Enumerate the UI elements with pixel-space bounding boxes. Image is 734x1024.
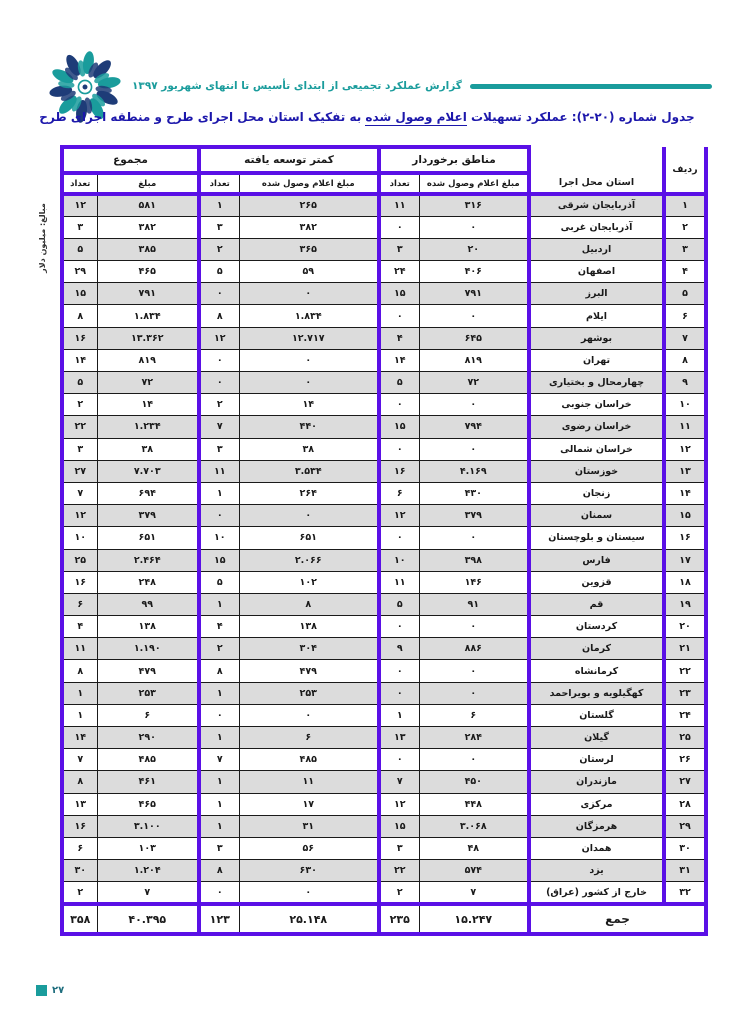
cell-less-developed-amount: ۴۸۵	[239, 749, 379, 771]
cell-province: سمنان	[529, 505, 664, 527]
table-row: ۱۰ خراسان جنوبی ۰ ۰ ۱۴ ۲ ۱۴ ۲	[62, 394, 706, 416]
cell-privileged-amount: ۵۷۴	[419, 860, 529, 882]
cell-row-number: ۳۱	[664, 860, 706, 882]
cell-row-number: ۱۳	[664, 460, 706, 482]
cell-province: یزد	[529, 860, 664, 882]
table-row: ۲۵ گیلان ۲۸۴ ۱۳ ۶ ۱ ۲۹۰ ۱۴	[62, 727, 706, 749]
cell-privileged-amount: ۰	[419, 682, 529, 704]
cell-row-number: ۸	[664, 349, 706, 371]
cell-row-number: ۱۵	[664, 505, 706, 527]
cell-province: تهران	[529, 349, 664, 371]
col-header-row-number: ردیف	[664, 147, 706, 194]
cell-privileged-count: ۱۵	[379, 815, 419, 837]
cell-privileged-count: ۲	[379, 882, 419, 904]
cell-privileged-amount: ۰	[419, 527, 529, 549]
cell-less-developed-count: ۱	[199, 815, 239, 837]
cell-row-number: ۲	[664, 216, 706, 238]
cell-total-amount: ۱۳۸	[97, 616, 199, 638]
cell-total-amount: ۱.۱۹۰	[97, 638, 199, 660]
table-row: ۲۶ لرستان ۰ ۰ ۴۸۵ ۷ ۴۸۵ ۷	[62, 749, 706, 771]
cell-privileged-amount: ۱۴۶	[419, 571, 529, 593]
cell-total-amount: ۴۶۵	[97, 793, 199, 815]
table-row: ۱۴ زنجان ۴۳۰ ۶ ۲۶۴ ۱ ۶۹۴ ۷	[62, 482, 706, 504]
cell-total-count: ۱	[62, 682, 97, 704]
cell-less-developed-amount: ۶	[239, 727, 379, 749]
cell-total-count: ۱۲	[62, 194, 97, 216]
cell-row-number: ۹	[664, 372, 706, 394]
cell-row-number: ۳	[664, 238, 706, 260]
cell-total-amount: ۱.۲۳۴	[97, 416, 199, 438]
cell-province: لرستان	[529, 749, 664, 771]
page-number: ۲۷	[52, 985, 64, 996]
cell-total-count: ۱	[62, 704, 97, 726]
cell-less-developed-count: ۸	[199, 860, 239, 882]
table-row: ۹ چهارمحال و بختیاری ۷۲ ۵ ۰ ۰ ۷۲ ۵	[62, 372, 706, 394]
cell-row-number: ۱	[664, 194, 706, 216]
cell-less-developed-count: ۸	[199, 660, 239, 682]
cell-less-developed-amount: ۰	[239, 349, 379, 371]
cell-privileged-amount: ۸۱۹	[419, 349, 529, 371]
cell-less-developed-amount: ۱۴	[239, 394, 379, 416]
table-row: ۷ بوشهر ۶۴۵ ۴ ۱۲.۷۱۷ ۱۲ ۱۳.۳۶۲ ۱۶	[62, 327, 706, 349]
cell-province: خوزستان	[529, 460, 664, 482]
cell-row-number: ۲۴	[664, 704, 706, 726]
cell-privileged-count: ۰	[379, 660, 419, 682]
cell-total-amount: ۲۵۳	[97, 682, 199, 704]
cell-province: اصفهان	[529, 261, 664, 283]
cell-total-amount: ۹۹	[97, 593, 199, 615]
cell-less-developed-amount: ۱۱	[239, 771, 379, 793]
cell-less-developed-amount: ۲۵۳	[239, 682, 379, 704]
cell-less-developed-count: ۱۵	[199, 549, 239, 571]
cell-province: خراسان جنوبی	[529, 394, 664, 416]
cell-less-developed-count: ۰	[199, 704, 239, 726]
cell-less-developed-count: ۱۲	[199, 327, 239, 349]
cell-less-developed-amount: ۶۳۰	[239, 860, 379, 882]
table-row: ۱ آذربایجان شرقی ۳۱۶ ۱۱ ۲۶۵ ۱ ۵۸۱ ۱۲	[62, 194, 706, 216]
cell-total-amount: ۸۱۹	[97, 349, 199, 371]
cell-row-number: ۱۰	[664, 394, 706, 416]
cell-total-amount: ۳۸۲	[97, 216, 199, 238]
col-header-total-count: تعداد	[62, 173, 97, 194]
cell-less-developed-count: ۳	[199, 837, 239, 859]
sum-label: جمع	[529, 904, 706, 934]
cell-total-amount: ۶	[97, 704, 199, 726]
table-row: ۲۴ گلستان ۶ ۱ ۰ ۰ ۶ ۱	[62, 704, 706, 726]
cell-privileged-count: ۲۲	[379, 860, 419, 882]
cell-total-count: ۱۴	[62, 349, 97, 371]
cell-privileged-count: ۰	[379, 749, 419, 771]
cell-total-amount: ۵۸۱	[97, 194, 199, 216]
table-row: ۱۹ قم ۹۱ ۵ ۸ ۱ ۹۹ ۶	[62, 593, 706, 615]
cell-less-developed-count: ۱	[199, 482, 239, 504]
cell-province: کرمانشاه	[529, 660, 664, 682]
cell-privileged-amount: ۳۹۸	[419, 549, 529, 571]
table-row: ۲۹ هرمزگان ۳.۰۶۸ ۱۵ ۳۱ ۱ ۳.۱۰۰ ۱۶	[62, 815, 706, 837]
col-header-province: استان محل اجرا	[529, 147, 664, 194]
table-row: ۱۲ خراسان شمالی ۰ ۰ ۳۸ ۳ ۳۸ ۳	[62, 438, 706, 460]
cell-row-number: ۲۷	[664, 771, 706, 793]
banner-title: گزارش عملکرد تجمیعی از ابتدای تأسیس تا ا…	[132, 80, 462, 92]
cell-row-number: ۲۲	[664, 660, 706, 682]
cell-row-number: ۲۱	[664, 638, 706, 660]
cell-total-count: ۳	[62, 216, 97, 238]
cell-row-number: ۴	[664, 261, 706, 283]
cell-privileged-count: ۰	[379, 438, 419, 460]
cell-less-developed-amount: ۰	[239, 505, 379, 527]
title-underlined: اعلام وصول شده	[365, 110, 466, 126]
cell-privileged-count: ۱۲	[379, 793, 419, 815]
cell-total-amount: ۷۲	[97, 372, 199, 394]
cell-total-amount: ۷	[97, 882, 199, 904]
cell-less-developed-amount: ۰	[239, 704, 379, 726]
table-footer: جمع ۱۵.۲۴۷ ۲۳۵ ۲۵.۱۴۸ ۱۲۳ ۴۰.۳۹۵ ۳۵۸	[62, 904, 706, 934]
cell-province: چهارمحال و بختیاری	[529, 372, 664, 394]
cell-privileged-count: ۳	[379, 837, 419, 859]
cell-total-amount: ۱۰۳	[97, 837, 199, 859]
cell-province: ایلام	[529, 305, 664, 327]
table-row: ۱۳ خوزستان ۴.۱۶۹ ۱۶ ۳.۵۳۴ ۱۱ ۷.۷۰۳ ۲۷	[62, 460, 706, 482]
cell-privileged-amount: ۶	[419, 704, 529, 726]
cell-privileged-amount: ۷۹۱	[419, 283, 529, 305]
cell-province: البرز	[529, 283, 664, 305]
col-header-less-developed-amount: مبلغ اعلام وصول شده	[239, 173, 379, 194]
cell-privileged-count: ۰	[379, 682, 419, 704]
table-row: ۲۸ مرکزی ۴۴۸ ۱۲ ۱۷ ۱ ۴۶۵ ۱۳	[62, 793, 706, 815]
table-title: جدول شماره (۲۰-۲): عملکرد تسهیلات اعلام …	[0, 110, 734, 124]
cell-total-count: ۱۵	[62, 283, 97, 305]
cell-less-developed-amount: ۱۷	[239, 793, 379, 815]
cell-total-count: ۲۹	[62, 261, 97, 283]
footer-square-icon	[36, 985, 47, 996]
cell-row-number: ۲۸	[664, 793, 706, 815]
cell-total-count: ۸	[62, 771, 97, 793]
sum-total-amount: ۴۰.۳۹۵	[97, 904, 199, 934]
cell-province: مرکزی	[529, 793, 664, 815]
cell-total-amount: ۴۷۹	[97, 660, 199, 682]
cell-privileged-amount: ۳۱۶	[419, 194, 529, 216]
cell-row-number: ۳۲	[664, 882, 706, 904]
cell-province: مازندران	[529, 771, 664, 793]
cell-province: خراسان رضوی	[529, 416, 664, 438]
cell-less-developed-amount: ۴۷۹	[239, 660, 379, 682]
table-row: ۱۷ فارس ۳۹۸ ۱۰ ۲.۰۶۶ ۱۵ ۲.۴۶۴ ۲۵	[62, 549, 706, 571]
cell-province: هرمزگان	[529, 815, 664, 837]
table-row: ۱۵ سمنان ۳۷۹ ۱۲ ۰ ۰ ۳۷۹ ۱۲	[62, 505, 706, 527]
cell-less-developed-count: ۱	[199, 593, 239, 615]
cell-province: اردبیل	[529, 238, 664, 260]
cell-less-developed-amount: ۰	[239, 882, 379, 904]
cell-total-count: ۱۱	[62, 638, 97, 660]
cell-total-count: ۷	[62, 482, 97, 504]
cell-province: کهگیلویه و بویراحمد	[529, 682, 664, 704]
cell-privileged-count: ۰	[379, 305, 419, 327]
table-row: ۲ آذربایجان غربی ۰ ۰ ۳۸۲ ۳ ۳۸۲ ۳	[62, 216, 706, 238]
cell-total-count: ۸	[62, 305, 97, 327]
cell-total-count: ۵	[62, 372, 97, 394]
cell-province: زنجان	[529, 482, 664, 504]
cell-total-amount: ۴۸۵	[97, 749, 199, 771]
cell-less-developed-count: ۰	[199, 882, 239, 904]
cell-less-developed-amount: ۳۸	[239, 438, 379, 460]
cell-privileged-count: ۹	[379, 638, 419, 660]
table-container: مبالغ: میلیون دلار ردیف استان محل اجرا م…	[60, 145, 706, 936]
cell-less-developed-count: ۱	[199, 793, 239, 815]
cell-row-number: ۲۳	[664, 682, 706, 704]
table-row: ۳ اردبیل ۲۰ ۳ ۳۶۵ ۲ ۳۸۵ ۵	[62, 238, 706, 260]
cell-less-developed-count: ۰	[199, 349, 239, 371]
cell-less-developed-count: ۱	[199, 194, 239, 216]
cell-privileged-amount: ۷	[419, 882, 529, 904]
cell-privileged-amount: ۳.۰۶۸	[419, 815, 529, 837]
cell-less-developed-amount: ۲۶۵	[239, 194, 379, 216]
cell-less-developed-count: ۱۱	[199, 460, 239, 482]
cell-privileged-amount: ۰	[419, 438, 529, 460]
cell-privileged-amount: ۹۱	[419, 593, 529, 615]
cell-privileged-count: ۴	[379, 327, 419, 349]
table-row: ۲۲ کرمانشاه ۰ ۰ ۴۷۹ ۸ ۴۷۹ ۸	[62, 660, 706, 682]
table-row: ۱۶ سیستان و بلوچستان ۰ ۰ ۶۵۱ ۱۰ ۶۵۱ ۱۰	[62, 527, 706, 549]
cell-privileged-count: ۱۶	[379, 460, 419, 482]
cell-total-amount: ۲۴۸	[97, 571, 199, 593]
cell-privileged-count: ۱۵	[379, 283, 419, 305]
cell-less-developed-count: ۸	[199, 305, 239, 327]
amounts-unit-note: مبالغ: میلیون دلار	[38, 179, 52, 297]
cell-less-developed-count: ۰	[199, 372, 239, 394]
cell-province: کردستان	[529, 616, 664, 638]
cell-less-developed-count: ۲	[199, 238, 239, 260]
col-header-less-developed-count: تعداد	[199, 173, 239, 194]
performance-table: ردیف استان محل اجرا مناطق برخوردار کمتر …	[60, 145, 708, 936]
cell-privileged-count: ۲۴	[379, 261, 419, 283]
cell-row-number: ۲۰	[664, 616, 706, 638]
table-header: ردیف استان محل اجرا مناطق برخوردار کمتر …	[62, 147, 706, 194]
cell-privileged-amount: ۶۴۵	[419, 327, 529, 349]
cell-total-count: ۶	[62, 593, 97, 615]
cell-less-developed-count: ۰	[199, 283, 239, 305]
cell-privileged-count: ۱۵	[379, 416, 419, 438]
cell-privileged-count: ۱	[379, 704, 419, 726]
cell-privileged-amount: ۰	[419, 305, 529, 327]
cell-privileged-count: ۳	[379, 238, 419, 260]
cell-row-number: ۱۶	[664, 527, 706, 549]
cell-privileged-amount: ۴.۱۶۹	[419, 460, 529, 482]
cell-total-count: ۷	[62, 749, 97, 771]
cell-less-developed-amount: ۳۱	[239, 815, 379, 837]
cell-total-amount: ۳۷۹	[97, 505, 199, 527]
cell-province: فارس	[529, 549, 664, 571]
cell-row-number: ۱۲	[664, 438, 706, 460]
cell-row-number: ۷	[664, 327, 706, 349]
page-footer: ۲۷	[36, 985, 64, 996]
cell-less-developed-count: ۲	[199, 394, 239, 416]
cell-less-developed-amount: ۳۸۲	[239, 216, 379, 238]
cell-privileged-amount: ۴۸	[419, 837, 529, 859]
cell-total-amount: ۱.۲۰۴	[97, 860, 199, 882]
table-row: ۲۱ کرمان ۸۸۶ ۹ ۳۰۴ ۲ ۱.۱۹۰ ۱۱	[62, 638, 706, 660]
cell-less-developed-amount: ۱۳۸	[239, 616, 379, 638]
cell-privileged-count: ۱۴	[379, 349, 419, 371]
cell-total-amount: ۴۶۱	[97, 771, 199, 793]
cell-privileged-count: ۱۱	[379, 194, 419, 216]
cell-total-count: ۱۶	[62, 571, 97, 593]
cell-less-developed-count: ۴	[199, 616, 239, 638]
cell-row-number: ۶	[664, 305, 706, 327]
cell-total-count: ۲	[62, 394, 97, 416]
col-header-privileged-amount: مبلغ اعلام وصول شده	[419, 173, 529, 194]
cell-row-number: ۱۴	[664, 482, 706, 504]
group-header-total: مجموع	[62, 147, 199, 173]
cell-privileged-amount: ۴۳۰	[419, 482, 529, 504]
cell-less-developed-count: ۵	[199, 261, 239, 283]
cell-row-number: ۱۹	[664, 593, 706, 615]
cell-total-amount: ۷۹۱	[97, 283, 199, 305]
cell-less-developed-amount: ۵۹	[239, 261, 379, 283]
cell-province: بوشهر	[529, 327, 664, 349]
cell-province: خراسان شمالی	[529, 438, 664, 460]
cell-less-developed-count: ۱	[199, 682, 239, 704]
cell-total-amount: ۳۸۵	[97, 238, 199, 260]
cell-privileged-amount: ۲۸۴	[419, 727, 529, 749]
table-body: ۱ آذربایجان شرقی ۳۱۶ ۱۱ ۲۶۵ ۱ ۵۸۱ ۱۲ ۲ آ…	[62, 194, 706, 904]
title-suffix: به تفکیک استان محل اجرای طرح و منطقه اجر…	[39, 110, 365, 124]
cell-total-amount: ۲.۴۶۴	[97, 549, 199, 571]
cell-total-count: ۲۷	[62, 460, 97, 482]
cell-row-number: ۵	[664, 283, 706, 305]
cell-total-count: ۱۳	[62, 793, 97, 815]
cell-privileged-amount: ۷۹۴	[419, 416, 529, 438]
table-row: ۴ اصفهان ۴۰۶ ۲۴ ۵۹ ۵ ۴۶۵ ۲۹	[62, 261, 706, 283]
cell-privileged-amount: ۷۲	[419, 372, 529, 394]
cell-less-developed-amount: ۱.۸۳۴	[239, 305, 379, 327]
cell-province: کرمان	[529, 638, 664, 660]
cell-province: قم	[529, 593, 664, 615]
cell-province: قزوین	[529, 571, 664, 593]
cell-province: همدان	[529, 837, 664, 859]
cell-privileged-amount: ۳۷۹	[419, 505, 529, 527]
cell-row-number: ۱۸	[664, 571, 706, 593]
cell-total-amount: ۱.۸۳۴	[97, 305, 199, 327]
cell-row-number: ۳۰	[664, 837, 706, 859]
table-row: ۱۱ خراسان رضوی ۷۹۴ ۱۵ ۴۴۰ ۷ ۱.۲۳۴ ۲۲	[62, 416, 706, 438]
cell-total-count: ۲۵	[62, 549, 97, 571]
cell-total-amount: ۲۹۰	[97, 727, 199, 749]
sum-privileged-count: ۲۳۵	[379, 904, 419, 934]
cell-total-amount: ۳۸	[97, 438, 199, 460]
cell-province: گلستان	[529, 704, 664, 726]
cell-privileged-count: ۰	[379, 216, 419, 238]
table-row: ۳۲ خارج از کشور (عراق) ۷ ۲ ۰ ۰ ۷ ۲	[62, 882, 706, 904]
cell-less-developed-amount: ۲۶۴	[239, 482, 379, 504]
cell-privileged-amount: ۲۰	[419, 238, 529, 260]
cell-privileged-amount: ۴۴۸	[419, 793, 529, 815]
cell-total-count: ۳	[62, 438, 97, 460]
cell-total-amount: ۱۴	[97, 394, 199, 416]
table-row: ۳۱ یزد ۵۷۴ ۲۲ ۶۳۰ ۸ ۱.۲۰۴ ۳۰	[62, 860, 706, 882]
cell-total-amount: ۱۳.۳۶۲	[97, 327, 199, 349]
cell-total-count: ۶	[62, 837, 97, 859]
cell-privileged-amount: ۰	[419, 749, 529, 771]
table-row: ۵ البرز ۷۹۱ ۱۵ ۰ ۰ ۷۹۱ ۱۵	[62, 283, 706, 305]
cell-privileged-count: ۱۰	[379, 549, 419, 571]
cell-total-count: ۱۶	[62, 815, 97, 837]
cell-less-developed-amount: ۱۰۲	[239, 571, 379, 593]
cell-less-developed-amount: ۵۶	[239, 837, 379, 859]
col-header-privileged-count: تعداد	[379, 173, 419, 194]
report-page: گزارش عملکرد تجمیعی از ابتدای تأسیس تا ا…	[0, 0, 734, 1024]
cell-privileged-count: ۱۱	[379, 571, 419, 593]
cell-province: خارج از کشور (عراق)	[529, 882, 664, 904]
cell-row-number: ۲۹	[664, 815, 706, 837]
cell-less-developed-count: ۱	[199, 771, 239, 793]
cell-less-developed-amount: ۳.۵۳۴	[239, 460, 379, 482]
cell-less-developed-count: ۷	[199, 416, 239, 438]
sum-less-developed-count: ۱۲۳	[199, 904, 239, 934]
cell-privileged-count: ۷	[379, 771, 419, 793]
cell-privileged-count: ۵	[379, 593, 419, 615]
sum-total-count: ۳۵۸	[62, 904, 97, 934]
table-row: ۲۷ مازندران ۴۵۰ ۷ ۱۱ ۱ ۴۶۱ ۸	[62, 771, 706, 793]
cell-privileged-amount: ۰	[419, 660, 529, 682]
cell-province: گیلان	[529, 727, 664, 749]
group-header-less-developed: کمتر توسعه یافته	[199, 147, 379, 173]
table-row: ۲۳ کهگیلویه و بویراحمد ۰ ۰ ۲۵۳ ۱ ۲۵۳ ۱	[62, 682, 706, 704]
cell-privileged-count: ۶	[379, 482, 419, 504]
cell-row-number: ۲۶	[664, 749, 706, 771]
cell-row-number: ۱۷	[664, 549, 706, 571]
col-header-total-amount: مبلغ	[97, 173, 199, 194]
cell-less-developed-count: ۳	[199, 216, 239, 238]
cell-privileged-amount: ۴۵۰	[419, 771, 529, 793]
cell-total-count: ۱۶	[62, 327, 97, 349]
cell-total-amount: ۶۵۱	[97, 527, 199, 549]
cell-total-count: ۱۴	[62, 727, 97, 749]
cell-province: آذربایجان غربی	[529, 216, 664, 238]
cell-privileged-count: ۱۲	[379, 505, 419, 527]
cell-row-number: ۲۵	[664, 727, 706, 749]
cell-less-developed-count: ۵	[199, 571, 239, 593]
cell-less-developed-count: ۳	[199, 438, 239, 460]
banner-rule	[470, 84, 712, 89]
title-prefix: جدول شماره (۲۰-۲): عملکرد تسهیلات	[467, 110, 695, 124]
cell-less-developed-amount: ۴۴۰	[239, 416, 379, 438]
cell-total-count: ۳۰	[62, 860, 97, 882]
cell-privileged-count: ۱۳	[379, 727, 419, 749]
table-row: ۳۰ همدان ۴۸ ۳ ۵۶ ۳ ۱۰۳ ۶	[62, 837, 706, 859]
cell-total-amount: ۷.۷۰۳	[97, 460, 199, 482]
sum-less-developed-amount: ۲۵.۱۴۸	[239, 904, 379, 934]
cell-less-developed-count: ۰	[199, 505, 239, 527]
cell-total-count: ۲	[62, 882, 97, 904]
cell-total-count: ۸	[62, 660, 97, 682]
cell-less-developed-amount: ۳۶۵	[239, 238, 379, 260]
table-row: ۲۰ کردستان ۰ ۰ ۱۳۸ ۴ ۱۳۸ ۴	[62, 616, 706, 638]
cell-less-developed-amount: ۳۰۴	[239, 638, 379, 660]
cell-total-count: ۱۲	[62, 505, 97, 527]
cell-less-developed-count: ۱۰	[199, 527, 239, 549]
cell-less-developed-amount: ۰	[239, 283, 379, 305]
group-header-privileged-regions: مناطق برخوردار	[379, 147, 529, 173]
cell-total-amount: ۴۶۵	[97, 261, 199, 283]
cell-total-count: ۵	[62, 238, 97, 260]
cell-privileged-count: ۰	[379, 616, 419, 638]
cell-privileged-count: ۵	[379, 372, 419, 394]
cell-privileged-count: ۰	[379, 394, 419, 416]
cell-less-developed-count: ۷	[199, 749, 239, 771]
cell-less-developed-amount: ۶۵۱	[239, 527, 379, 549]
table-row: ۶ ایلام ۰ ۰ ۱.۸۳۴ ۸ ۱.۸۳۴ ۸	[62, 305, 706, 327]
cell-less-developed-amount: ۱۲.۷۱۷	[239, 327, 379, 349]
